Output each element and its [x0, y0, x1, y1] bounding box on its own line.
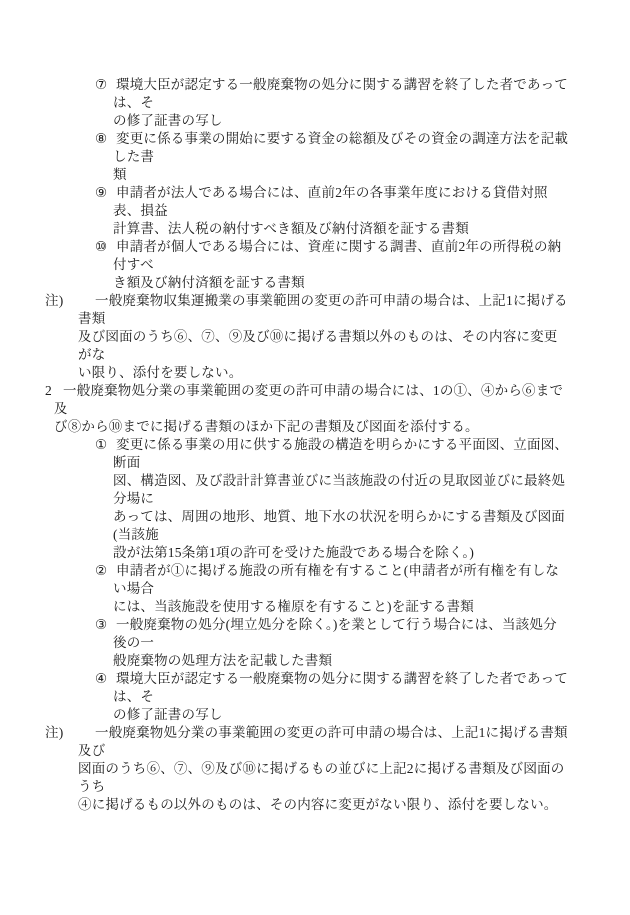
paragraph: 注)一般廃棄物収集運搬業の事業範囲の変更の許可申請の場合は、上記1に掲げる書類 … [45, 292, 570, 382]
paragraph-text: 一般廃棄物処分業の事業範囲の変更の許可申請の場合には、1の①、④から⑥まで及 び… [54, 383, 563, 434]
paragraph-text: 一般廃棄物収集運搬業の事業範囲の変更の許可申請の場合は、上記1に掲げる書類 及び… [78, 293, 568, 380]
paragraph: 2一般廃棄物処分業の事業範囲の変更の許可申請の場合には、1の①、④から⑥まで及 … [45, 382, 570, 436]
paragraph-text: 申請者が個人である場合には、資産に関する調書、直前2年の所得税の納付すべ き額及… [113, 239, 561, 290]
paragraph: ⑦環境大臣が認定する一般廃棄物の処分に関する講習を終了した者であっては、そ の修… [45, 76, 570, 130]
paragraph-marker: ⑩ [95, 238, 116, 256]
paragraph-marker: ⑧ [95, 130, 116, 148]
paragraph-marker: ⑨ [95, 184, 116, 202]
paragraph: ②申請者が①に掲げる施設の所有権を有すること(申請者が所有権を有しない場合 には… [45, 562, 570, 616]
paragraph-marker: 注) [45, 724, 95, 742]
paragraph-text: 申請者が①に掲げる施設の所有権を有すること(申請者が所有権を有しない場合 には、… [113, 563, 559, 614]
paragraph-text: 申請者が法人である場合には、直前2年の各事業年度における貸借対照表、損益 計算書… [113, 185, 548, 236]
paragraph-text: 一般廃棄物処分業の事業範囲の変更の許可申請の場合は、上記1に掲げる書類及び 図面… [78, 725, 568, 812]
paragraph-text: 変更に係る事業の開始に要する資金の総額及びその資金の調達方法を記載した書 類 [113, 131, 568, 182]
paragraph: ⑩申請者が個人である場合には、資産に関する調書、直前2年の所得税の納付すべ き額… [45, 238, 570, 292]
paragraph-marker: ⑦ [95, 76, 116, 94]
paragraph-text: 一般廃棄物の処分(埋立処分を除く。)を業として行う場合には、当該処分後の一 般廃… [113, 617, 557, 668]
paragraph-marker: ② [95, 562, 116, 580]
document-content: ⑦環境大臣が認定する一般廃棄物の処分に関する講習を終了した者であっては、そ の修… [45, 76, 570, 814]
paragraph-text: 環境大臣が認定する一般廃棄物の処分に関する講習を終了した者であっては、そ の修了… [113, 77, 568, 128]
paragraph: ③一般廃棄物の処分(埋立処分を除く。)を業として行う場合には、当該処分後の一 般… [45, 616, 570, 670]
paragraph-marker: ① [95, 436, 116, 454]
paragraph: ④環境大臣が認定する一般廃棄物の処分に関する講習を終了した者であっては、そ の修… [45, 670, 570, 724]
paragraph-marker: ③ [95, 616, 116, 634]
paragraph-marker: ④ [95, 670, 116, 688]
paragraph-text: 変更に係る事業の用に供する施設の構造を明らかにする平面図、立面図、断面 図、構造… [113, 437, 568, 560]
paragraph-marker: 2 [45, 382, 63, 400]
paragraph: ①変更に係る事業の用に供する施設の構造を明らかにする平面図、立面図、断面 図、構… [45, 436, 570, 562]
paragraph-marker: 注) [45, 292, 95, 310]
document-page: ⑦環境大臣が認定する一般廃棄物の処分に関する講習を終了した者であっては、そ の修… [0, 0, 630, 915]
paragraph: ⑧変更に係る事業の開始に要する資金の総額及びその資金の調達方法を記載した書 類 [45, 130, 570, 184]
paragraph: ⑨申請者が法人である場合には、直前2年の各事業年度における貸借対照表、損益 計算… [45, 184, 570, 238]
paragraph: 注)一般廃棄物処分業の事業範囲の変更の許可申請の場合は、上記1に掲げる書類及び … [45, 724, 570, 814]
paragraph-text: 環境大臣が認定する一般廃棄物の処分に関する講習を終了した者であっては、そ の修了… [113, 671, 568, 722]
